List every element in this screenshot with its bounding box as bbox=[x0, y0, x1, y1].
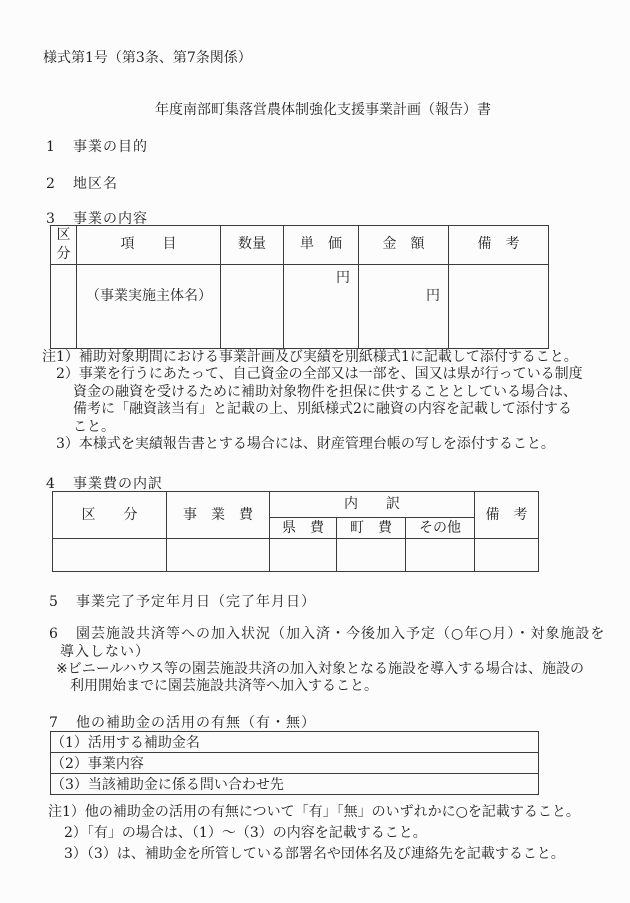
cell-other-cost-empty bbox=[406, 539, 475, 572]
note1-line-3: 資金の融資を受けるために補助対象物件を担保に供することとしている場合は、 bbox=[73, 384, 577, 401]
note2-line-3: 3）（3）は、補助金を所管している部署名や団体名及び連絡先を記載すること。 bbox=[64, 846, 565, 863]
header-other-cost: その他 bbox=[406, 518, 475, 539]
cell-project-cost-empty bbox=[167, 539, 270, 572]
other-subsidy-row-2: （2）事業内容 bbox=[51, 753, 539, 774]
cell-town-cost-empty bbox=[337, 539, 406, 572]
section-5-number: 5 bbox=[49, 594, 76, 611]
cell-item: （事業実施主体名） bbox=[77, 264, 221, 348]
header-kubun2: 区 分 bbox=[53, 492, 167, 539]
document-page: 様式第1号（第3条、第7条関係） 年度南部町集落営農体制強化支援事業計画（報告）… bbox=[0, 0, 630, 903]
cell-remarks-empty bbox=[449, 264, 549, 348]
section-5-label: 事業完了予定年月日（完了年月日） bbox=[76, 594, 316, 610]
cell-unit-price: 円 bbox=[284, 264, 359, 348]
section-2-number: 2 bbox=[46, 176, 73, 193]
subsidy-content-row: （2）事業内容 bbox=[51, 753, 539, 774]
section-6-number: 6 bbox=[49, 626, 76, 643]
header-remarks2: 備 考 bbox=[475, 492, 539, 539]
project-content-table: 区分 項 目 数量 単 価 金 額 備 考 （事業実施主体名） 円 円 bbox=[50, 225, 549, 349]
cost-breakdown-table: 区 分 事 業 費 内 訳 備 考 県 費 町 費 その他 bbox=[52, 491, 539, 572]
note1-line-1: 注1）補助対象期間における事業計画及び実績を別紙様式1に記載して添付すること。 bbox=[42, 349, 578, 366]
section-2-heading: 2地区名 bbox=[46, 176, 118, 193]
note1-line-4: 備考に「融資該当有」と記載の上、別紙様式2に融資の内容を記載して添付する bbox=[73, 401, 572, 418]
cost-breakdown-body-row bbox=[53, 539, 539, 572]
header-remarks: 備 考 bbox=[449, 226, 549, 265]
note2-line-2: 2）「有」の場合は、（1）～（3）の内容を記載すること。 bbox=[64, 825, 427, 842]
project-content-header-row: 区分 項 目 数量 単 価 金 額 備 考 bbox=[51, 226, 549, 265]
kome-mark: ※ bbox=[56, 661, 68, 678]
section-7-label: 他の補助金の活用の有無（有・無） bbox=[76, 715, 316, 731]
header-item: 項 目 bbox=[77, 226, 221, 265]
cell-pref-cost-empty bbox=[270, 539, 337, 572]
header-unit-price: 単 価 bbox=[284, 226, 359, 265]
other-subsidy-table: （1）活用する補助金名 （2）事業内容 （3）当該補助金に係る問い合わせ先 bbox=[50, 731, 539, 795]
section-6-label-line2: 導入しない） bbox=[60, 644, 150, 661]
header-pref-cost: 県 費 bbox=[270, 518, 337, 539]
header-project-cost: 事 業 費 bbox=[167, 492, 270, 539]
cell-remarks2-empty bbox=[475, 539, 539, 572]
section-6-note-line2: 利用開始までに園芸施設共済等へ加入すること。 bbox=[70, 678, 378, 695]
cost-breakdown-header-row-1: 区 分 事 業 費 内 訳 備 考 bbox=[53, 492, 539, 518]
header-amount: 金 額 bbox=[359, 226, 449, 265]
note1-line-2: 2）事業を行うにあたって、自己資金の全部又は一部を、国又は県が行っている制度 bbox=[56, 366, 583, 383]
section-6-note-text1: ビニールハウス等の園芸施設共済の加入対象となる施設を導入する場合は、施設の bbox=[68, 661, 584, 677]
section-6-heading: 6園芸施設共済等への加入状況（加入済・今後加入予定（○年○月）・対象施設を bbox=[49, 626, 605, 643]
section-7-heading: 7他の補助金の活用の有無（有・無） bbox=[49, 715, 316, 732]
section-1-label: 事業の目的 bbox=[73, 139, 148, 155]
cell-amount: 円 bbox=[359, 264, 449, 348]
section-2-label: 地区名 bbox=[73, 176, 118, 192]
header-quantity: 数量 bbox=[221, 226, 284, 265]
project-entity-name: （事業実施主体名） bbox=[77, 285, 220, 305]
cell-kubun2-empty bbox=[53, 539, 167, 572]
yen-amount-label: 円 bbox=[359, 285, 448, 305]
cell-quantity-empty bbox=[221, 264, 284, 348]
header-kubun: 区分 bbox=[51, 226, 77, 265]
note1-line-6: 3）本様式を実績報告書とする場合には、財産管理台帳の写しを添付すること。 bbox=[56, 436, 555, 453]
note2-line-1: 注1）他の補助金の活用の有無について「有」「無」のいずれかに○を記載すること。 bbox=[48, 804, 580, 821]
section-6-note-line1: ※ビニールハウス等の園芸施設共済の加入対象となる施設を導入する場合は、施設の bbox=[56, 661, 584, 678]
header-town-cost: 町 費 bbox=[337, 518, 406, 539]
cell-kubun-empty bbox=[51, 264, 77, 348]
header-breakdown: 内 訳 bbox=[270, 492, 475, 518]
note1-line-5: こと。 bbox=[73, 419, 115, 436]
section-6-label-line1: 園芸施設共済等への加入状況（加入済・今後加入予定（○年○月）・対象施設を bbox=[76, 626, 605, 642]
other-subsidy-row-1: （1）活用する補助金名 bbox=[51, 732, 539, 753]
project-content-body-row: （事業実施主体名） 円 円 bbox=[51, 264, 549, 348]
section-4-label: 事業費の内訳 bbox=[73, 476, 163, 492]
section-1-number: 1 bbox=[46, 139, 73, 156]
section-5-heading: 5事業完了予定年月日（完了年月日） bbox=[49, 594, 316, 611]
section-1-heading: 1事業の目的 bbox=[46, 139, 148, 156]
subsidy-contact-row: （3）当該補助金に係る問い合わせ先 bbox=[51, 774, 539, 795]
document-title: 年度南部町集落営農体制強化支援事業計画（報告）書 bbox=[155, 102, 491, 119]
form-number: 様式第1号（第3条、第7条関係） bbox=[43, 50, 252, 67]
section-7-number: 7 bbox=[49, 715, 76, 732]
subsidy-name-row: （1）活用する補助金名 bbox=[51, 732, 539, 753]
other-subsidy-row-3: （3）当該補助金に係る問い合わせ先 bbox=[51, 774, 539, 795]
yen-unit-label: 円 bbox=[284, 267, 358, 287]
